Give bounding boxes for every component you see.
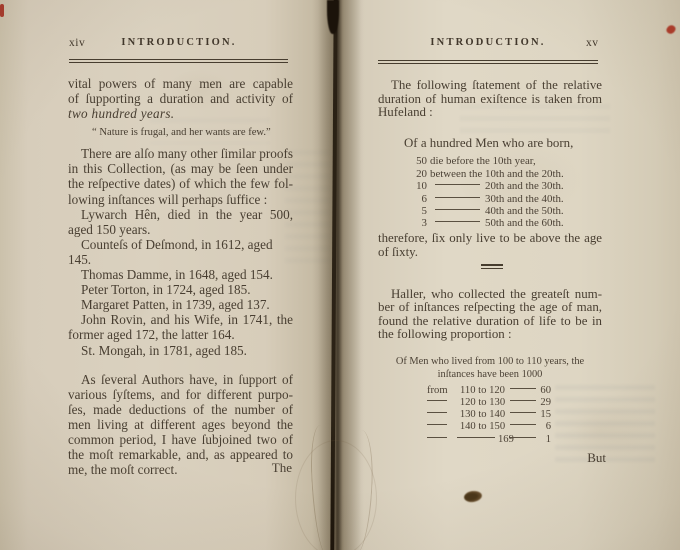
text-line: the reſpective dates) of which the few f… — [68, 176, 293, 191]
left-running-head: INTRODUCTION. — [69, 37, 289, 48]
row-lead — [427, 421, 453, 433]
row-text: between the 10th and the 20th. — [430, 168, 564, 180]
row-value: 6 — [539, 421, 551, 433]
text-line: The following ſtatement of the relative — [378, 79, 602, 93]
row-text: die before the 10th year, — [430, 155, 536, 167]
dash-rule — [435, 221, 480, 222]
text-line: ber of inſtances reſpecting the age of m… — [378, 301, 602, 314]
text-line: Thomas Damme, in 1648, aged 154. — [68, 267, 293, 282]
text-line: of ſixty. — [378, 246, 602, 260]
right-head-rule — [378, 60, 598, 64]
text-line: St. Mongah, in 1781, aged 185. — [68, 343, 293, 358]
text-line: former aged 172, the latter 164. — [68, 327, 293, 342]
text-line: Hufeland : — [378, 106, 602, 120]
row-number: 10 — [404, 180, 427, 192]
haller-paragraph: Haller, who collected the greateſt num-b… — [378, 288, 602, 342]
mortality-row: 20between the 10th and the 20th. — [404, 168, 602, 180]
row-range: 169 — [457, 434, 508, 446]
text-line: John Rovin, and his Wife, in 1741, the — [68, 312, 293, 327]
row-value: 29 — [539, 397, 551, 409]
row-text: 50th and the 60th. — [485, 217, 564, 229]
text-line: found the relative duration of life to b… — [378, 315, 602, 328]
text-line: aged 150 years. — [68, 222, 293, 237]
dash-rule — [435, 184, 480, 185]
mortality-row: 540th and the 50th. — [404, 205, 602, 217]
text-line: men living at different ages beyond the — [68, 417, 293, 432]
text-line: the following proportion : — [378, 328, 602, 341]
dash-rule — [510, 388, 536, 389]
text-line: “ Nature is frugal, and her wants are fe… — [92, 126, 293, 139]
book-scan-spread: xiv INTRODUCTION. vital powers of many m… — [0, 0, 680, 550]
row-lead — [427, 409, 453, 421]
right-text-block: The following ſtatement of the relatived… — [378, 79, 602, 446]
text-line: duration of human exiſtence is taken fro… — [378, 93, 602, 107]
row-text: 20th and the 30th. — [485, 180, 564, 192]
dash-rule — [427, 400, 447, 401]
dash-rule — [510, 412, 536, 413]
row-number: 5 — [404, 205, 427, 217]
conclusion-paragraph: therefore, ſix only live to be above the… — [378, 232, 602, 259]
proportion-row: 120 to 13029 — [427, 397, 602, 409]
dash-rule — [435, 197, 480, 198]
dash-rule — [427, 412, 447, 413]
dash-rule — [427, 437, 447, 438]
right-catchword: But — [556, 450, 606, 466]
row-number: 20 — [404, 168, 427, 180]
text-line: in this Collection, (as may be ſeen unde… — [68, 161, 293, 176]
row-range: 120 to 130 — [457, 397, 508, 409]
text-line: Of Men who lived from 100 to 110 years, … — [378, 356, 602, 369]
text-line: therefore, ſix only live to be above the… — [378, 232, 602, 246]
text-line: lowing inſtances will perhaps ſuffice : — [68, 192, 293, 207]
row-value: 15 — [539, 409, 551, 421]
intro-paragraph: The following ſtatement of the relatived… — [378, 79, 602, 120]
hufeland-table: 50die before the 10th year,20between the… — [404, 155, 602, 229]
text-line: Counteſs of Deſmond, in 1612, aged 145. — [68, 237, 293, 267]
row-range: 140 to 150 — [457, 421, 508, 433]
section-divider-rule — [481, 264, 503, 269]
mortality-row: 1020th and the 30th. — [404, 180, 602, 192]
row-text: 30th and the 40th. — [485, 193, 564, 205]
left-text-block: vital powers of many men are capableof ſ… — [68, 76, 293, 477]
statement-line: Of a hundred Men who are born, — [378, 137, 602, 151]
text-line: various ſyſtems, and for different purpo… — [68, 387, 293, 402]
text-line: inſtances have been 1000 — [378, 369, 602, 382]
proportion-row: 1691 — [427, 434, 602, 446]
proportion-row: from110 to 12060 — [427, 385, 602, 397]
left-catchword: The — [240, 460, 292, 476]
row-lead — [427, 397, 453, 409]
dash-rule — [510, 400, 536, 401]
haller-table: from110 to 12060120 to 13029130 to 14015… — [427, 385, 602, 445]
row-lead — [427, 434, 453, 446]
text-line: two hundred years. — [68, 106, 293, 121]
red-speck — [0, 4, 4, 17]
text-line: Lywarch Hên, died in the year 500, — [68, 207, 293, 222]
dash-rule — [435, 209, 480, 210]
text-line: common period, I have ſubjoined two of — [68, 432, 293, 447]
text-line: There are alſo many other ſimilar proofs — [68, 146, 293, 161]
row-value: 60 — [539, 385, 551, 397]
mortality-row: 350th and the 60th. — [404, 217, 602, 229]
mortality-row: 50die before the 10th year, — [404, 155, 602, 167]
text-line: Margaret Patten, in 1739, aged 137. — [68, 297, 293, 312]
row-range: 110 to 120 — [457, 385, 508, 397]
dash-rule — [510, 424, 536, 425]
text-line: As ſeveral Authors have, in ſupport of — [68, 372, 293, 387]
dash-rule — [510, 437, 536, 438]
mortality-row: 630th and the 40th. — [404, 193, 602, 205]
row-number: 3 — [404, 217, 427, 229]
proportion-row: 130 to 14015 — [427, 409, 602, 421]
haller-table-header: Of Men who lived from 100 to 110 years, … — [378, 356, 602, 382]
text-line: Peter Torton, in 1724, aged 185. — [68, 282, 293, 297]
row-value: 1 — [539, 434, 551, 446]
proportion-row: 140 to 1506 — [427, 421, 602, 433]
row-text: 40th and the 50th. — [485, 205, 564, 217]
text-line: Haller, who collected the greateſt num- — [378, 288, 602, 301]
right-running-head: INTRODUCTION. — [378, 37, 598, 48]
dash-rule — [427, 424, 447, 425]
row-range: 130 to 140 — [457, 409, 508, 421]
row-number: 6 — [404, 193, 427, 205]
text-line: vital powers of many men are capable — [68, 76, 293, 91]
text-line: of ſupporting a duration and activity of — [68, 91, 293, 106]
left-head-rule — [69, 59, 288, 63]
row-number: 50 — [404, 155, 427, 167]
dash-rule — [457, 437, 495, 438]
text-line: ſes, made deductions of the number of — [68, 402, 293, 417]
right-page-number: xv — [586, 37, 599, 49]
row-lead: from — [427, 385, 453, 397]
